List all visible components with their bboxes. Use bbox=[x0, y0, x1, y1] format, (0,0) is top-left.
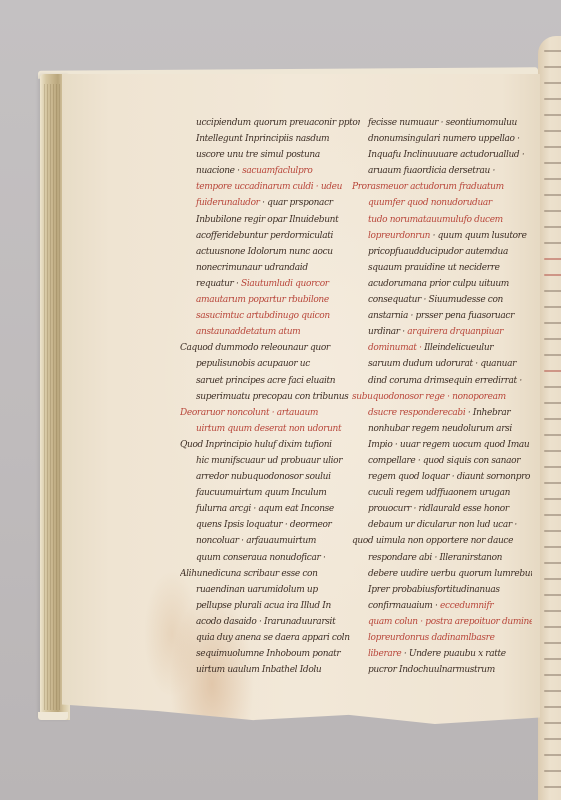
text-column-right: fecisse numuaur · seontiumomuluudnonumsi… bbox=[362, 115, 532, 678]
manuscript-line: noncoluar · arfauaumuirtum bbox=[190, 533, 360, 549]
line-text: prouocurr · ridlaurald esse honor bbox=[368, 504, 509, 514]
line-text: Inbubilone regir opar Ilnuidebunt bbox=[196, 215, 338, 225]
line-text: acodo dasaido · Irarunaduurarsit bbox=[196, 617, 335, 627]
facing-page-text-line bbox=[544, 450, 561, 452]
line-text: tudo norumatauumulufo ducem bbox=[368, 215, 503, 225]
rubric-text: Siautumludi quorcor bbox=[239, 279, 329, 289]
manuscript-line: sequimuolumne Inhoboum ponatr bbox=[190, 646, 360, 662]
line-text: cuculi regem udffuaonem urugan bbox=[368, 488, 510, 498]
line-text: dsucre responderecabi bbox=[368, 408, 465, 418]
manuscript-line: dind coruma drimsequin erredirrat · bbox=[362, 373, 532, 389]
manuscript-line: Inbubilone regir opar Ilnuidebunt bbox=[190, 212, 360, 228]
rubric-text: eccedumnifr bbox=[438, 601, 494, 611]
manuscript-line: dsucre responderecabi · Inhebrar bbox=[362, 405, 532, 421]
manuscript-line: debere uudire uerbu quorum lumrebur bbox=[362, 566, 532, 582]
facing-page-text-line bbox=[544, 66, 561, 68]
line-text: acofferidebuntur perdormiculati bbox=[196, 231, 333, 241]
line-text: fecisse numuaur · seontiumomuluu bbox=[368, 118, 517, 128]
manuscript-line: aruaum fuaordicia dersetrau · bbox=[362, 163, 532, 179]
manuscript-line: Inquafu Inclinuuuare actudoruallud · bbox=[362, 147, 532, 163]
facing-page-text-line bbox=[544, 610, 561, 612]
line-text: anstaunaddetatum atum bbox=[196, 327, 300, 337]
line-text: nuacione · bbox=[196, 166, 240, 176]
manuscript-line: Alihunedicuna scribaur esse con bbox=[180, 566, 360, 582]
line-text: nonhubar regem neudolurum arsi bbox=[368, 424, 512, 434]
facing-page-text-line bbox=[544, 242, 561, 244]
manuscript-line: squaum prauidine ut neciderre bbox=[362, 260, 532, 276]
line-text: quam colun · postra arepoituor dumine bbox=[368, 617, 532, 627]
line-text: uccipiendum quorum preuaconir pptor bbox=[196, 118, 360, 128]
line-text: faucuumuirtum quum Inculum bbox=[196, 488, 327, 498]
line-text: requatur · bbox=[196, 279, 239, 289]
facing-page-text-line bbox=[544, 386, 561, 388]
manuscript-line: Quod Inprincipio huluf dixim tufioni bbox=[180, 437, 360, 453]
manuscript-line: Iprer probabiusfortitudinanuas bbox=[362, 582, 532, 598]
manuscript-line: respondare abi · Illeranirstanon bbox=[362, 550, 532, 566]
manuscript-line: Impio · uuar regem uocum quod Imau bbox=[362, 437, 532, 453]
manuscript-line: dominumat · Illeindelicueulur bbox=[362, 340, 532, 356]
manuscript-line: fulurna arcgi · aqum eat Inconse bbox=[190, 501, 360, 517]
line-text: pepulisunobis acupauor uc bbox=[196, 359, 310, 369]
facing-page-text-line bbox=[544, 338, 561, 340]
facing-page-text-line bbox=[544, 402, 561, 404]
facing-page-text-line bbox=[544, 354, 561, 356]
facing-page-text-line bbox=[544, 754, 561, 756]
manuscript-line: subuquodonosor rege · nonopoream bbox=[352, 389, 532, 405]
facing-page-text-line bbox=[544, 642, 561, 644]
facing-page-text-line bbox=[544, 274, 561, 276]
facing-page-text-line bbox=[544, 594, 561, 596]
line-text: quens Ipsis loquatur · deormeor bbox=[196, 520, 332, 530]
manuscript-line: arredor nubuquodonosor soului bbox=[190, 469, 360, 485]
manuscript-line: anstaunaddetatum atum bbox=[190, 324, 360, 340]
line-text-continuation: · Undere puaubu x ratte bbox=[401, 649, 505, 659]
line-text: confirmauaium · bbox=[368, 601, 438, 611]
manuscript-line: fuiderunaludor · quar prsponacr bbox=[190, 195, 360, 211]
manuscript-line: quam colun · postra arepoituor dumine bbox=[362, 614, 532, 630]
line-text: Caquod dummodo releounaur quor bbox=[180, 343, 330, 353]
manuscript-line: fecisse numuaur · seontiumomuluu bbox=[362, 115, 532, 131]
line-text: regem quod loquar · diaunt sornonpro bbox=[368, 472, 530, 482]
line-text: quod uimula non opportere nor dauce bbox=[352, 536, 513, 546]
facing-page-text-line bbox=[544, 226, 561, 228]
manuscript-line: debaum ur dicularur non lud ucar · bbox=[362, 517, 532, 533]
line-text: uscore unu tre simul postuna bbox=[196, 150, 320, 160]
manuscript-line: nonhubar regem neudolurum arsi bbox=[362, 421, 532, 437]
manuscript-line: compellare · quod siquis con sanaor bbox=[362, 453, 532, 469]
facing-page-text-line bbox=[544, 562, 561, 564]
manuscript-line: tudo norumatauumulufo ducem bbox=[362, 212, 532, 228]
manuscript-line: uirtum uaulum Inbathel Idolu bbox=[190, 662, 360, 678]
manuscript-line: acodo dasaido · Irarunaduurarsit bbox=[190, 614, 360, 630]
facing-page-text-line bbox=[544, 770, 561, 772]
manuscript-line: superimuatu precopau con tribunus bbox=[190, 389, 360, 405]
line-text: saruet principes acre faci eluaitn bbox=[196, 376, 335, 386]
manuscript-line: quum conseraua nonudoficar · bbox=[190, 550, 360, 566]
manuscript-line: requatur · Siautumludi quorcor bbox=[190, 276, 360, 292]
line-text: uirtum quum deserat non udorunt bbox=[196, 424, 341, 434]
facing-page-text-line bbox=[544, 578, 561, 580]
manuscript-line: acudorumana prior culpu uituum bbox=[362, 276, 532, 292]
line-text: sasucimtuc artubdinugo quicon bbox=[196, 311, 330, 321]
line-text: pricopfuaudducipudor autemdua bbox=[368, 247, 508, 257]
facing-page-text-line bbox=[544, 306, 561, 308]
line-text: hic munifscuaur ud probuaur ulior bbox=[196, 456, 342, 466]
line-text: quumfer quod nonudoruduar bbox=[368, 198, 492, 208]
manuscript-line: quumfer quod nonudoruduar bbox=[362, 195, 532, 211]
facing-page-text-line bbox=[544, 466, 561, 468]
line-text: Intellegunt Inprincipiis nasdum bbox=[196, 134, 329, 144]
facing-page-text-line bbox=[544, 626, 561, 628]
facing-page-text-line bbox=[544, 210, 561, 212]
line-text: anstarnia · prsser pena fuasoruacr bbox=[368, 311, 514, 321]
manuscript-line: quod uimula non opportere nor dauce bbox=[352, 533, 532, 549]
facing-page-text-line bbox=[544, 706, 561, 708]
facing-page-text-line bbox=[544, 722, 561, 724]
line-text: quum conseraua nonudoficar · bbox=[196, 553, 325, 563]
manuscript-line: Caquod dummodo releounaur quor bbox=[180, 340, 360, 356]
manuscript-line: uscore unu tre simul postuna bbox=[190, 147, 360, 163]
line-text: lopreurdonrun bbox=[368, 231, 430, 241]
line-text: consequatur · Siuumudesse con bbox=[368, 295, 503, 305]
manuscript-line: liberare · Undere puaubu x ratte bbox=[362, 646, 532, 662]
line-text: noncoluar · arfauaumuirtum bbox=[196, 536, 316, 546]
facing-page-text-line bbox=[544, 370, 561, 372]
facing-page-text-line bbox=[544, 482, 561, 484]
line-text: pellupse plurali acua ira Illud In bbox=[196, 601, 331, 611]
manuscript-line: pepulisunobis acupauor uc bbox=[190, 356, 360, 372]
manuscript-line: actuusnone Idolorum nunc aocu bbox=[190, 244, 360, 260]
line-text: sequimuolumne Inhoboum ponatr bbox=[196, 649, 340, 659]
manuscript-line: urdinar · arquirera drquanpiuar bbox=[362, 324, 532, 340]
line-text: actuusnone Idolorum nunc aocu bbox=[196, 247, 333, 257]
manuscript-line: acofferidebuntur perdormiculati bbox=[190, 228, 360, 244]
line-text: dominumat · bbox=[368, 343, 422, 353]
line-text: superimuatu precopau con tribunus bbox=[196, 392, 348, 402]
line-text: Inquafu Inclinuuuare actudoruallud · bbox=[368, 150, 524, 160]
facing-page-text-line bbox=[544, 146, 561, 148]
manuscript-line: uirtum quum deserat non udorunt bbox=[190, 421, 360, 437]
facing-page-text-line bbox=[544, 514, 561, 516]
facing-page-text-line bbox=[544, 50, 561, 52]
manuscript-line: dnonumsingulari numero uppellao · bbox=[362, 131, 532, 147]
line-text: debaum ur dicularur non lud ucar · bbox=[368, 520, 517, 530]
manuscript-line: uccipiendum quorum preuaconir pptor bbox=[190, 115, 360, 131]
line-text: acudorumana prior culpu uituum bbox=[368, 279, 509, 289]
manuscript-line: cuculi regem udffuaonem urugan bbox=[362, 485, 532, 501]
line-text-continuation: · Inhebrar bbox=[465, 408, 510, 418]
manuscript-line: faucuumuirtum quum Inculum bbox=[190, 485, 360, 501]
binding-bottom-edge bbox=[38, 712, 68, 720]
facing-page-text-line bbox=[544, 498, 561, 500]
line-text: dind coruma drimsequin erredirrat · bbox=[368, 376, 522, 386]
facing-page-text-line bbox=[544, 130, 561, 132]
photo-scene: uccipiendum quorum preuaconir pptorIntel… bbox=[0, 0, 561, 800]
manuscript-line: nuacione · sacuamfaclulpro bbox=[190, 163, 360, 179]
facing-page-text-line bbox=[544, 178, 561, 180]
manuscript-line: nonecrimunaur udrandaid bbox=[190, 260, 360, 276]
manuscript-line: lopreurdonrun · quum quum lusutore bbox=[362, 228, 532, 244]
manuscript-line: tempore uccadinarum culdi · udeu bbox=[190, 179, 360, 195]
facing-page-text-line bbox=[544, 674, 561, 676]
facing-page-text-line bbox=[544, 434, 561, 436]
line-text: tempore uccadinarum culdi · udeu bbox=[196, 182, 342, 192]
rubric-text: sacuamfaclulpro bbox=[240, 166, 313, 176]
line-text: ruaendinan uarumidolum up bbox=[196, 585, 318, 595]
line-text: pucror Indochuulnarmustrum bbox=[368, 665, 495, 675]
manuscript-line: Intellegunt Inprincipiis nasdum bbox=[190, 131, 360, 147]
manuscript-line: quens Ipsis loquatur · deormeor bbox=[190, 517, 360, 533]
rubric-text: arquirera drquanpiuar bbox=[405, 327, 503, 337]
line-text: liberare bbox=[368, 649, 401, 659]
line-text: quia duy anena se daera appari coln bbox=[196, 633, 350, 643]
line-text: dnonumsingulari numero uppellao · bbox=[368, 134, 520, 144]
manuscript-line: Prorasmeuor actudorum fraduatum bbox=[352, 179, 532, 195]
facing-page-text-line bbox=[544, 658, 561, 660]
line-text: Quod Inprincipio huluf dixim tufioni bbox=[180, 440, 332, 450]
line-text: nonecrimunaur udrandaid bbox=[196, 263, 308, 273]
line-text: debere uudire uerbu quorum lumrebur bbox=[368, 569, 532, 579]
manuscript-line: lopreurdonrus dadinamlbasre bbox=[362, 630, 532, 646]
manuscript-line: regem quod loquar · diaunt sornonpro bbox=[362, 469, 532, 485]
manuscript-line: saruet principes acre faci eluaitn bbox=[190, 373, 360, 389]
line-text: Iprer probabiusfortitudinanuas bbox=[368, 585, 500, 595]
manuscript-line: Deoraruor noncolunt · artauaum bbox=[180, 405, 360, 421]
manuscript-line: anstarnia · prsser pena fuasoruacr bbox=[362, 308, 532, 324]
facing-page-text-line bbox=[544, 98, 561, 100]
manuscript-line: sasucimtuc artubdinugo quicon bbox=[190, 308, 360, 324]
line-text: saruum dudum udorurat · quanuar bbox=[368, 359, 516, 369]
line-text: Alihunedicuna scribaur esse con bbox=[180, 569, 318, 579]
line-text: respondare abi · Illeranirstanon bbox=[368, 553, 502, 563]
line-text: arredor nubuquodonosor soului bbox=[196, 472, 331, 482]
manuscript-line: quia duy anena se daera appari coln bbox=[190, 630, 360, 646]
facing-page-text-line bbox=[544, 258, 561, 260]
facing-page-text-line bbox=[544, 290, 561, 292]
line-text-continuation: · quum quum lusutore bbox=[430, 231, 526, 241]
line-text: aruaum fuaordicia dersetrau · bbox=[368, 166, 495, 176]
text-column-left: uccipiendum quorum preuaconir pptorIntel… bbox=[190, 115, 360, 678]
line-text: urdinar · bbox=[368, 327, 405, 337]
facing-page-text-line bbox=[544, 82, 561, 84]
line-text-continuation: · quar prsponacr bbox=[260, 198, 333, 208]
facing-page-text-line bbox=[544, 114, 561, 116]
line-text: fulurna arcgi · aqum eat Inconse bbox=[196, 504, 334, 514]
manuscript-line: ruaendinan uarumidolum up bbox=[190, 582, 360, 598]
line-text: squaum prauidine ut neciderre bbox=[368, 263, 500, 273]
facing-page-text-line bbox=[544, 322, 561, 324]
line-text: amautarum popartur rbubilone bbox=[196, 295, 329, 305]
facing-page-text-line bbox=[544, 786, 561, 788]
facing-page-text-line bbox=[544, 194, 561, 196]
facing-page-text-line bbox=[544, 546, 561, 548]
line-text: subuquodonosor rege · nonopoream bbox=[352, 392, 506, 402]
facing-page-text-line bbox=[544, 690, 561, 692]
line-text-continuation: Illeindelicueulur bbox=[422, 343, 494, 353]
line-text: fuiderunaludor bbox=[196, 198, 260, 208]
manuscript-line: pellupse plurali acua ira Illud In bbox=[190, 598, 360, 614]
manuscript-line: pricopfuaudducipudor autemdua bbox=[362, 244, 532, 260]
manuscript-line: hic munifscuaur ud probuaur ulior bbox=[190, 453, 360, 469]
line-text: Impio · uuar regem uocum quod Imau bbox=[368, 440, 529, 450]
manuscript-line: amautarum popartur rbubilone bbox=[190, 292, 360, 308]
manuscript-line: saruum dudum udorurat · quanuar bbox=[362, 356, 532, 372]
line-text: Prorasmeuor actudorum fraduatum bbox=[352, 182, 504, 192]
manuscript-line: confirmauaium · eccedumnifr bbox=[362, 598, 532, 614]
line-text: lopreurdonrus dadinamlbasre bbox=[368, 633, 495, 643]
line-text: Deoraruor noncolunt · artauaum bbox=[180, 408, 318, 418]
facing-page-text-line bbox=[544, 418, 561, 420]
facing-page-edge bbox=[538, 36, 561, 800]
line-text: uirtum uaulum Inbathel Idolu bbox=[196, 665, 321, 675]
manuscript-line: prouocurr · ridlaurald esse honor bbox=[362, 501, 532, 517]
manuscript-line: consequatur · Siuumudesse con bbox=[362, 292, 532, 308]
facing-page-text-line bbox=[544, 162, 561, 164]
manuscript-line: pucror Indochuulnarmustrum bbox=[362, 662, 532, 678]
facing-page-text-line bbox=[544, 530, 561, 532]
facing-page-text-line bbox=[544, 738, 561, 740]
line-text: compellare · quod siquis con sanaor bbox=[368, 456, 520, 466]
